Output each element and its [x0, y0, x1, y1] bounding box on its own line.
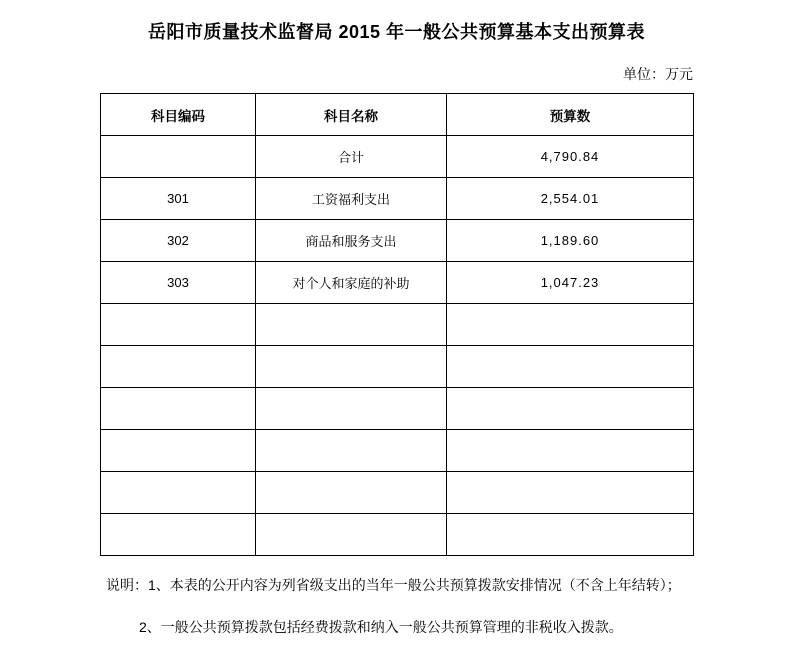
cell-subject-name: 商品和服务支出 — [256, 220, 447, 262]
cell-subject-name — [256, 346, 447, 388]
cell-subject-code — [101, 472, 256, 514]
table-row — [101, 346, 694, 388]
cell-budget-amount — [447, 430, 694, 472]
table-row — [101, 388, 694, 430]
cell-subject-name — [256, 304, 447, 346]
table-row: 302 商品和服务支出 1,189.60 — [101, 220, 694, 262]
table-header-row: 科目编码 科目名称 预算数 — [101, 94, 694, 136]
table-row: 合计 4,790.84 — [101, 136, 694, 178]
cell-subject-code — [101, 514, 256, 556]
table-row: 303 对个人和家庭的补助 1,047.23 — [101, 262, 694, 304]
cell-subject-name: 工资福利支出 — [256, 178, 447, 220]
cell-budget-amount — [447, 304, 694, 346]
note-line-2: 2、一般公共预算拨款包括经费拨款和纳入一般公共预算管理的非税收入拨款。 — [139, 617, 623, 637]
budget-table: 科目编码 科目名称 预算数 合计 4,790.84 301 工资福利支出 2,5… — [100, 93, 694, 556]
table-row: 301 工资福利支出 2,554.01 — [101, 178, 694, 220]
table-row — [101, 472, 694, 514]
cell-subject-code — [101, 430, 256, 472]
cell-budget-amount — [447, 514, 694, 556]
table-row — [101, 430, 694, 472]
table-row — [101, 514, 694, 556]
table-row — [101, 304, 694, 346]
cell-subject-name — [256, 514, 447, 556]
note-line-1: 说明：1、本表的公开内容为列省级支出的当年一般公共预算拨款安排情况（不含上年结转… — [106, 575, 681, 595]
cell-budget-amount: 1,189.60 — [447, 220, 694, 262]
col-header-subject-code: 科目编码 — [101, 94, 256, 136]
cell-subject-code — [101, 304, 256, 346]
cell-subject-code — [101, 388, 256, 430]
cell-subject-name: 合计 — [256, 136, 447, 178]
cell-subject-code — [101, 346, 256, 388]
unit-label: 单位：万元 — [100, 64, 693, 84]
cell-budget-amount — [447, 346, 694, 388]
col-header-budget-amount: 预算数 — [447, 94, 694, 136]
table-body: 合计 4,790.84 301 工资福利支出 2,554.01 302 商品和服… — [101, 136, 694, 556]
cell-subject-name: 对个人和家庭的补助 — [256, 262, 447, 304]
cell-budget-amount: 4,790.84 — [447, 136, 694, 178]
cell-subject-name — [256, 388, 447, 430]
cell-budget-amount — [447, 388, 694, 430]
cell-budget-amount: 2,554.01 — [447, 178, 694, 220]
cell-subject-name — [256, 472, 447, 514]
cell-budget-amount — [447, 472, 694, 514]
page-title: 岳阳市质量技术监督局 2015 年一般公共预算基本支出预算表 — [0, 18, 793, 44]
cell-subject-code: 302 — [101, 220, 256, 262]
cell-subject-code — [101, 136, 256, 178]
col-header-subject-name: 科目名称 — [256, 94, 447, 136]
cell-subject-code: 303 — [101, 262, 256, 304]
cell-budget-amount: 1,047.23 — [447, 262, 694, 304]
cell-subject-code: 301 — [101, 178, 256, 220]
cell-subject-name — [256, 430, 447, 472]
